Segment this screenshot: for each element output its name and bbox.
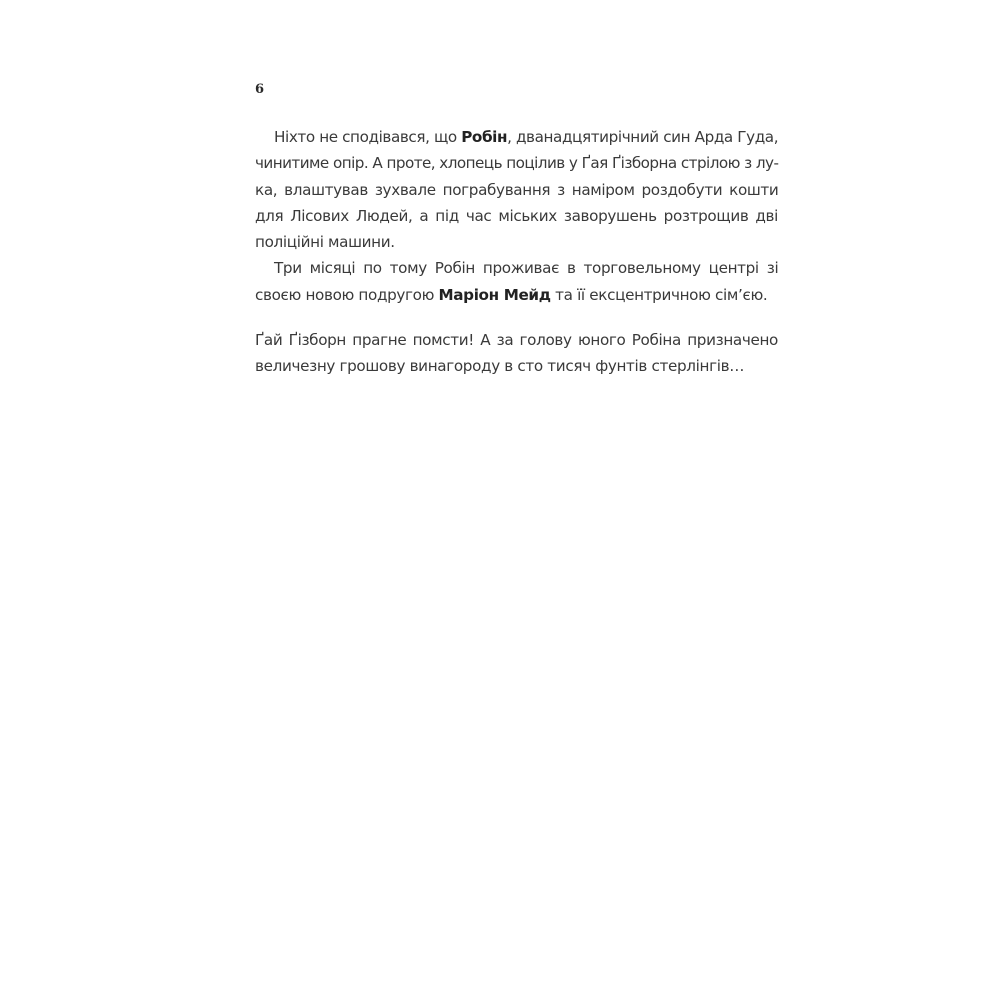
text-line: Ґай Ґізборн прагне помсти! А за голову ю… [255,327,778,353]
text-line: величезну грошову винагороду в сто тисяч… [255,353,778,379]
text-line: чинитиме опір. А проте, хлопець поцілив … [255,150,778,176]
text-line: своєю новою подругою Маріон Мейд та її е… [255,282,778,308]
paragraph-robin-intro: Ніхто не сподівався, що Робін, дванадцят… [255,124,778,255]
text-line: Ніхто не сподівався, що Робін, дванадцят… [255,124,778,150]
paragraph-spacer [255,308,778,327]
paragraph-revenge: Ґай Ґізборн прагне помсти! А за голову ю… [255,327,778,380]
text-span: Ніхто не сподівався, що [274,128,461,146]
text-line: для Лісових Людей, а під час міських зав… [255,203,778,229]
text-line: Три місяці по тому Робін проживає в торг… [255,255,778,281]
text-span: та її ексцентричною сім’єю. [551,286,768,304]
text-line: ка, влаштував зухвале пограбування з нам… [255,177,778,203]
text-span: , дванадцятирічний син Арда Гуда, [507,128,778,146]
page-number: 6 [255,82,264,97]
bold-name-marion: Маріон Мейд [439,286,551,304]
bold-name-robin: Робін [461,128,507,146]
paragraph-three-months: Три місяці по тому Робін проживає в торг… [255,255,778,308]
text-line: поліційні машини. [255,229,778,255]
book-text-body: Ніхто не сподівався, що Робін, дванадцят… [255,124,778,380]
text-span: своєю новою подругою [255,286,439,304]
